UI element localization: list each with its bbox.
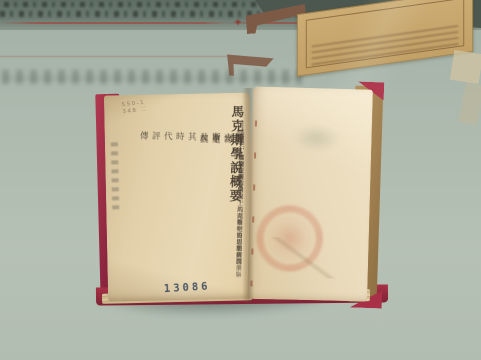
background-document	[297, 0, 473, 77]
wall-faint-red-line	[0, 56, 240, 57]
table-of-contents: 馬克斯學說概要 目錄 第一章馬克斯及其時代評傳————一 一、馬克斯略傳 二、馬…	[120, 103, 246, 288]
accession-number-stamp: 13086	[164, 281, 211, 296]
page-crease	[268, 237, 339, 279]
background-document	[458, 82, 481, 125]
ink-bleedthrough-smudge	[291, 123, 342, 152]
museum-photo-scene: ✦ 550-1 348 二 馬克斯學說概要 目錄 第一章馬克斯及其時代評傳———…	[0, 0, 481, 360]
faint-library-stamp	[111, 137, 120, 209]
open-book: 550-1 348 二 馬克斯學說概要 目錄 第一章馬克斯及其時代評傳————一…	[92, 74, 392, 310]
left-page: 550-1 348 二 馬克斯學說概要 目錄 第一章馬克斯及其時代評傳————一…	[104, 92, 254, 301]
background-document	[450, 50, 481, 84]
star-ornament-icon: ✦	[229, 16, 247, 30]
right-page	[247, 86, 373, 301]
book-spine-gutter	[242, 88, 254, 302]
